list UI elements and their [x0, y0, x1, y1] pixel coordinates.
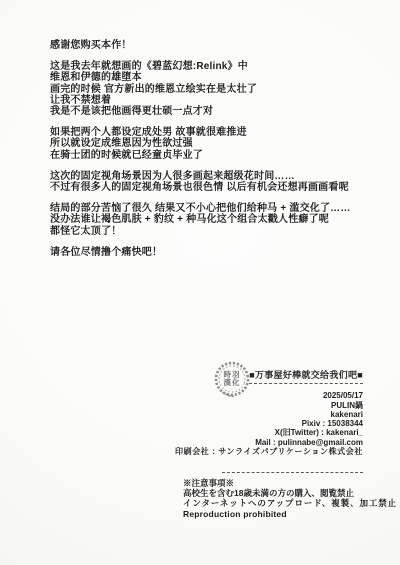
afterword-line: 维恩和伊德的雄堕本	[50, 72, 380, 83]
afterword-line: 结局的部分苦恼了很久 结果又不小心把他们给种马 + 滥交化了……	[50, 203, 380, 214]
afterword-line: 我是不是该把他画得更壮硕一点才对	[50, 106, 380, 117]
credits-block: ■万事屋好棒就交给我们吧■ 2025/05/17 PULIN鍋 kakenari…	[175, 371, 363, 456]
credits-twitter: X(旧Twitter) : kakenari_	[175, 428, 363, 437]
afterword-paragraph: 请各位尽情撸个痛快吧！	[50, 247, 380, 258]
afterword-line: 请各位尽情撸个痛快吧！	[50, 247, 162, 258]
afterword-line: 如果把两个人都设定成处男 故事就很难推进	[50, 127, 380, 138]
notice-line-upload: インターネットへのアップロード、複製、加工禁止	[183, 498, 397, 508]
afterword-line: 这是我去年就想画的《碧蓝幻想:Relink》中	[50, 61, 380, 72]
afterword-text: 感谢您购买本作！ 这是我去年就想画的《碧蓝幻想:Relink》中 维恩和伊德的雄…	[50, 40, 380, 258]
credits-circle: PULIN鍋	[175, 401, 363, 410]
credits-mail: Mail : pulinnabe@gmail.com	[175, 438, 363, 447]
notice-line-english: Reproduction prohibited	[183, 509, 397, 519]
afterword-line: 没办法谁让褐色肌肤 + 豹纹 + 种马化这个组合太戳人性癖了呢	[50, 214, 380, 225]
notice-header: ※注意事項※	[183, 478, 397, 488]
notice-block: ※注意事項※ 高校生を含む18歳未満の方の購入、閲覧禁止 インターネットへのアッ…	[183, 478, 397, 519]
afterword-line: 在骑士团的时候就已经童贞毕业了	[50, 150, 380, 161]
notice-separator	[222, 472, 363, 473]
afterword-line: 画完的时候 官方新出的维恩立绘实在是太壮了	[50, 84, 380, 95]
afterword-line: 都怪它太顶了！	[50, 226, 380, 237]
afterword-line: 不过有很多人的固定视角场景也很色情 以后有机会还想再画画看呢	[50, 182, 380, 193]
afterword-line: 让我不禁想着	[50, 95, 380, 106]
afterword-page: 感谢您购买本作！ 这是我去年就想画的《碧蓝幻想:Relink》中 维恩和伊德的雄…	[0, 0, 400, 565]
afterword-line: 感谢您购买本作！	[50, 40, 132, 51]
afterword-line: 所以就设定成维恩因为性欲过强	[50, 138, 380, 149]
notice-line-age: 高校生を含む18歳未満の方の購入、閲覧禁止	[183, 488, 397, 498]
credits-author: kakenari	[175, 410, 363, 419]
credits-printer: 印刷会社 : サンライズパブリケーション株式会社	[175, 447, 363, 456]
afterword-line: 这次的固定视角场景因为人很多画起来超级花时间……	[50, 171, 380, 182]
credits-date: 2025/05/17	[175, 391, 363, 400]
credits-title: ■万事屋好棒就交给我们吧■	[249, 371, 363, 384]
afterword-paragraph: 感谢您购买本作！	[50, 40, 380, 51]
